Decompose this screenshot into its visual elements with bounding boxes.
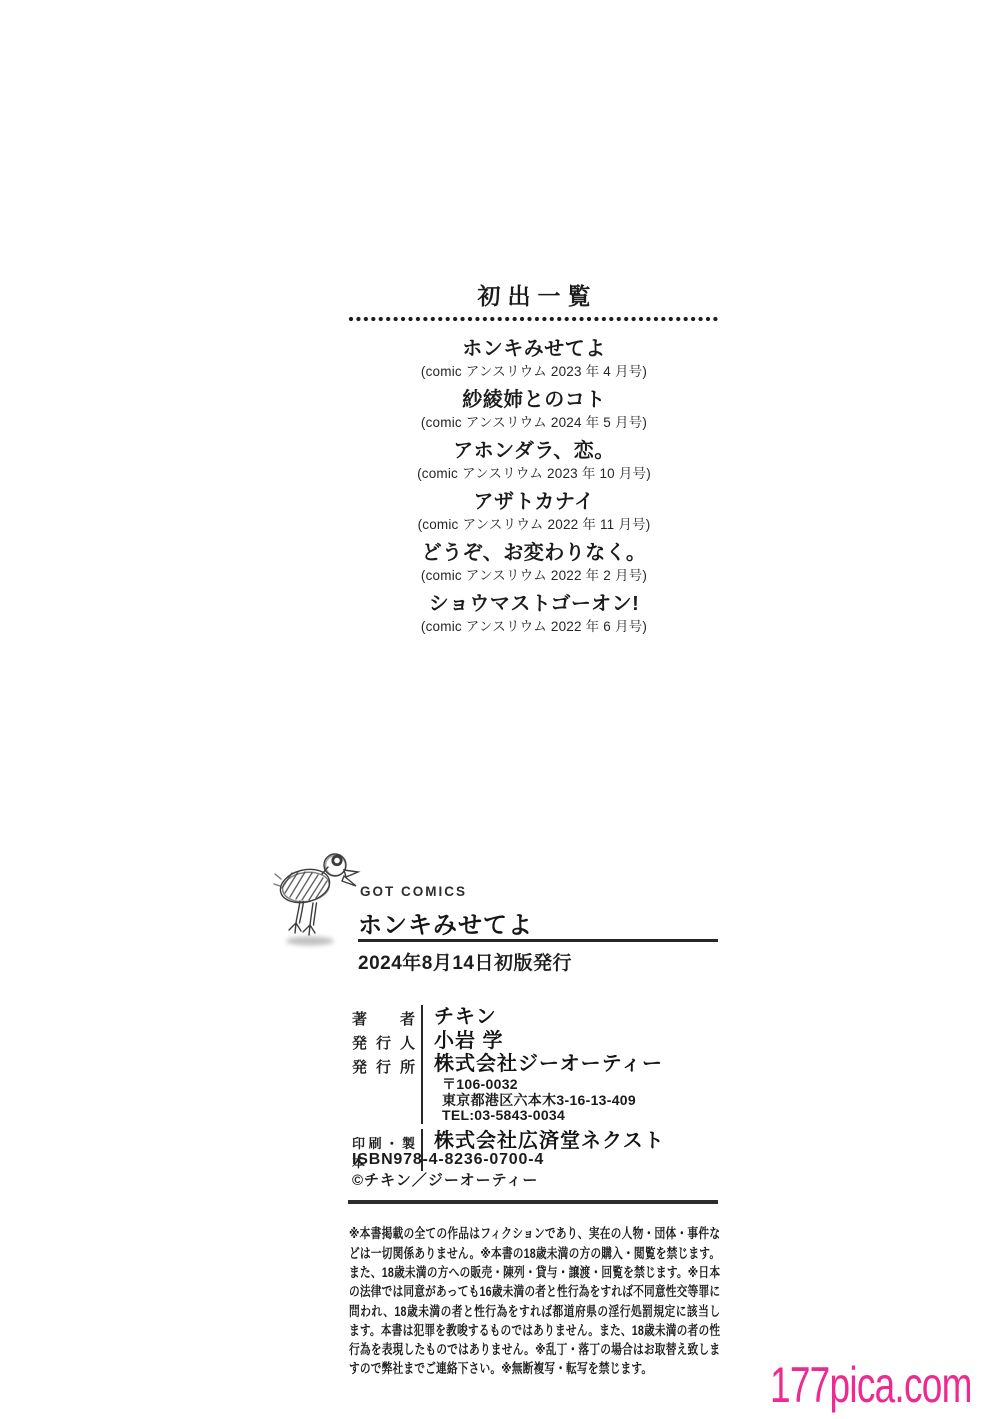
publisher-address: 〒106-0032 東京都港区六本木3-16-13-409 TEL:03-584…: [434, 1077, 718, 1124]
credit-value: 株式会社ジーオーティー 〒106-0032 東京都港区六本木3-16-13-40…: [421, 1053, 718, 1124]
entry-source: (comic アンスリウム 2023 年 10 月号): [348, 465, 720, 482]
publisher-brand: GOT COMICS: [360, 884, 467, 899]
disclaimer-divider: [348, 1200, 718, 1204]
reprint-entry: ホンキみせてよ (comic アンスリウム 2023 年 4 月号): [348, 337, 720, 380]
reprint-entry: ショウマストゴーオン! (comic アンスリウム 2022 年 6 月号): [348, 592, 720, 635]
credit-value: チキン: [421, 1005, 718, 1029]
book-title: ホンキみせてよ: [358, 905, 533, 940]
edition-date: 2024年8月14日初版発行: [358, 948, 572, 975]
credits-row-author: 著者 チキン: [352, 1005, 718, 1029]
reprint-entry: アザトカナイ (comic アンスリウム 2022 年 11 月号): [348, 490, 720, 533]
credits-table: 著者 チキン 発行人 小岩 学 発行所 株式会社ジーオーティー 〒106-003…: [352, 1005, 718, 1171]
legal-disclaimer: ※本書掲載の全ての作品はフィクションであり、実在の人物・団体・事件などは一切関係…: [349, 1224, 720, 1378]
phone-number: TEL:03-5843-0034: [442, 1108, 718, 1124]
entry-title: 紗綾姉とのコト: [348, 388, 720, 412]
street-address: 東京都港区六本木3-16-13-409: [442, 1093, 718, 1109]
reprint-list-section: 初出一覧 ホンキみせてよ (comic アンスリウム 2023 年 4 月号) …: [348, 281, 720, 643]
dotted-divider: [348, 316, 720, 322]
entry-source: (comic アンスリウム 2024 年 5 月号): [348, 414, 720, 431]
entry-source: (comic アンスリウム 2023 年 4 月号): [348, 363, 720, 380]
title-underline: [358, 939, 718, 942]
reprint-entry: 紗綾姉とのコト (comic アンスリウム 2024 年 5 月号): [348, 388, 720, 431]
entry-title: アザトカナイ: [348, 490, 720, 514]
isbn-block: ISBN978-4-8236-0700-4 ©チキン／ジーオーティー: [352, 1149, 544, 1191]
copyright-line: ©チキン／ジーオーティー: [352, 1170, 544, 1191]
credit-label: 著者: [352, 1005, 421, 1029]
credit-label: 発行所: [352, 1053, 421, 1124]
bird-shadow: [286, 937, 334, 946]
colophon-page: 初出一覧 ホンキみせてよ (comic アンスリウム 2023 年 4 月号) …: [0, 0, 1000, 1419]
entry-source: (comic アンスリウム 2022 年 11 月号): [348, 516, 720, 533]
watermark-text: 177pica.com: [770, 1356, 972, 1414]
entry-source: (comic アンスリウム 2022 年 6 月号): [348, 618, 720, 635]
reprint-list-title: 初出一覧: [348, 281, 720, 311]
bird-doodle-icon: [272, 846, 364, 950]
isbn-number: ISBN978-4-8236-0700-4: [352, 1149, 544, 1170]
entry-title: ホンキみせてよ: [348, 337, 720, 361]
credits-row-publisher-person: 発行人 小岩 学: [352, 1029, 718, 1053]
reprint-entry: アホンダラ、恋。 (comic アンスリウム 2023 年 10 月号): [348, 439, 720, 482]
entry-title: アホンダラ、恋。: [348, 439, 720, 463]
credits-row-publisher-company: 発行所 株式会社ジーオーティー 〒106-0032 東京都港区六本木3-16-1…: [352, 1053, 718, 1124]
publisher-name: 株式会社ジーオーティー: [434, 1053, 718, 1075]
reprint-entries: ホンキみせてよ (comic アンスリウム 2023 年 4 月号) 紗綾姉との…: [348, 337, 720, 635]
bird-doodle-logo: [272, 846, 364, 955]
credit-label: 発行人: [352, 1029, 421, 1053]
credit-value: 小岩 学: [421, 1029, 718, 1053]
entry-source: (comic アンスリウム 2022 年 2 月号): [348, 567, 720, 584]
entry-title: どうぞ、お変わりなく。: [348, 541, 720, 565]
reprint-entry: どうぞ、お変わりなく。 (comic アンスリウム 2022 年 2 月号): [348, 541, 720, 584]
postal-code: 〒106-0032: [442, 1077, 718, 1093]
entry-title: ショウマストゴーオン!: [348, 592, 720, 616]
